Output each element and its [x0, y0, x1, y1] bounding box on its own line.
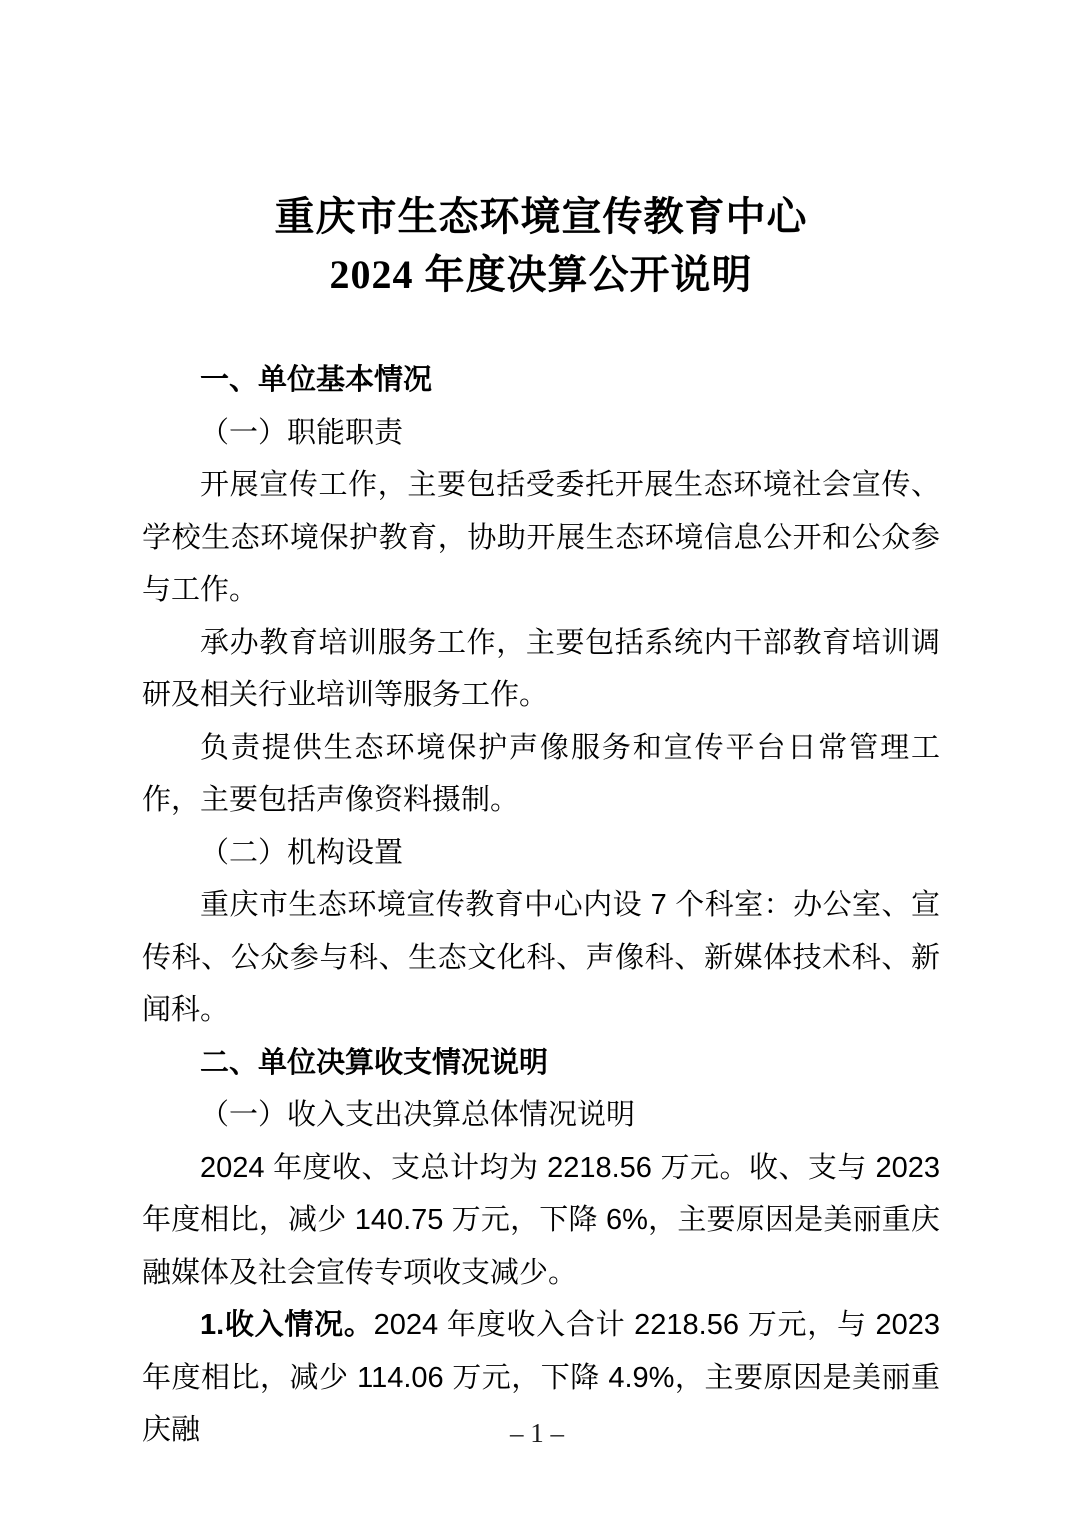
paragraph-budget-totals: 2024 年度收、支总计均为 2218.56 万元。收、支与 2023 年度相比…: [142, 1142, 940, 1300]
document-body: 一、单位基本情况 （一）职能职责 开展宣传工作，主要包括受委托开展生态环境社会宣…: [142, 354, 940, 1457]
paragraph-audio-visual-services: 负责提供生态环境保护声像服务和宣传平台日常管理工作，主要包括声像资料摄制。: [142, 722, 940, 827]
paragraph-publicity-work: 开展宣传工作，主要包括受委托开展生态环境社会宣传、学校生态环境保护教育，协助开展…: [142, 459, 940, 617]
document-content: 重庆市生态环境宣传教育中心 2024 年度决算公开说明 一、单位基本情况 （一）…: [142, 188, 940, 1457]
section-heading-2: 二、单位决算收支情况说明: [142, 1037, 940, 1090]
sub-heading-duties: （一）职能职责: [142, 407, 940, 460]
sub-heading-organization: （二）机构设置: [142, 827, 940, 880]
paragraph-training-services: 承办教育培训服务工作，主要包括系统内干部教育培训调研及相关行业培训等服务工作。: [142, 617, 940, 722]
section-heading-1: 一、单位基本情况: [142, 354, 940, 407]
paragraph-income-lead: 1.收入情况。: [200, 1309, 374, 1341]
document-title-line-1: 重庆市生态环境宣传教育中心: [142, 188, 940, 246]
sub-heading-budget-overview: （一）收入支出决算总体情况说明: [142, 1089, 940, 1142]
document-title: 重庆市生态环境宣传教育中心 2024 年度决算公开说明: [142, 188, 940, 304]
document-title-line-2: 2024 年度决算公开说明: [142, 246, 940, 304]
paragraph-departments: 重庆市生态环境宣传教育中心内设 7 个科室：办公室、宣传科、公众参与科、生态文化…: [142, 879, 940, 1037]
page-number: – 1 –: [0, 1418, 1074, 1449]
document-page: 重庆市生态环境宣传教育中心 2024 年度决算公开说明 一、单位基本情况 （一）…: [0, 0, 1074, 1520]
